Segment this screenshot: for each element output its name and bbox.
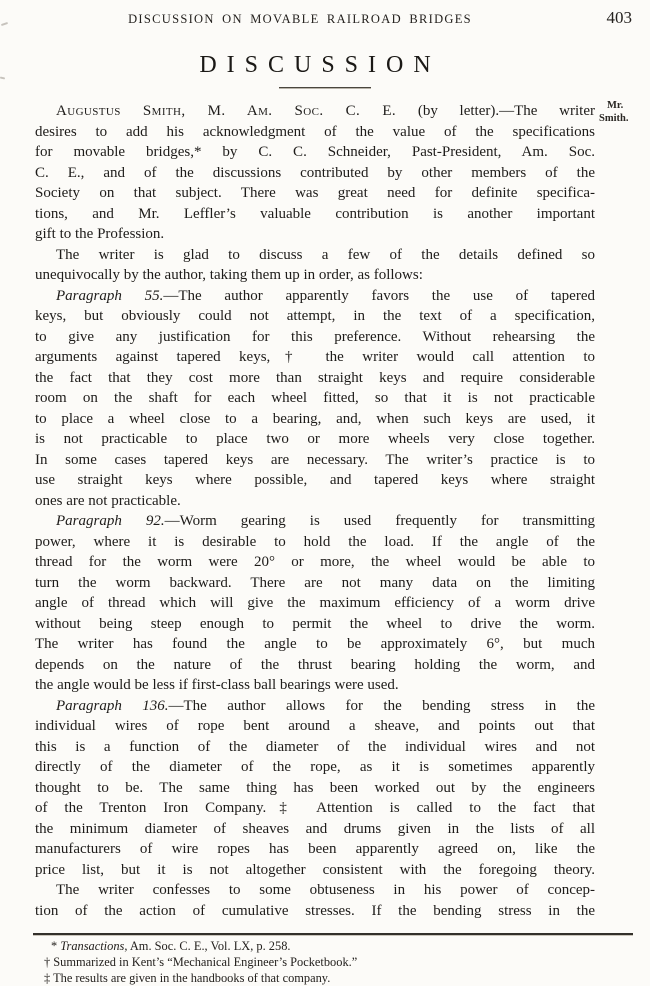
text-segment: power, where it is desirable to hold the… [35, 534, 595, 550]
margin-note-line: Mr. [599, 99, 649, 112]
paragraph: The writer confesses to some obtuseness … [35, 880, 595, 921]
text-segment: desires to add his acknowledgment of the… [35, 124, 595, 140]
text-line: for movable bridges,* by C. C. Schneider… [35, 142, 595, 163]
text-segment: the fact that they cost more than straig… [35, 370, 595, 386]
text-segment: thread for the worm were 20° or more, th… [35, 554, 595, 570]
paragraph: Paragraph 136.—The author allows for the… [35, 696, 595, 881]
text-line: gift to the Profession. [35, 224, 595, 245]
text-line: to place a wheel close to a bearing, and… [35, 409, 595, 430]
text-segment: keys, but obviously could not attempt, i… [35, 308, 595, 324]
scan-artifact [1, 22, 8, 26]
text-segment: without being steep enough to permit the… [35, 616, 595, 632]
paragraph: Paragraph 92.—Worm gearing is used frequ… [35, 511, 595, 696]
text-segment: to place a wheel close to a bearing, and… [35, 411, 595, 427]
text-segment: room on the shaft for each wheel fitted,… [35, 390, 595, 406]
text-segment: depends on the nature of the thrust bear… [35, 657, 595, 673]
running-head: DISCUSSION ON MOVABLE RAILROAD BRIDGES [35, 12, 565, 27]
text-line: Paragraph 55.—The author apparently favo… [35, 286, 595, 307]
text-line: The writer is glad to discuss a few of t… [35, 245, 595, 266]
text-segment: —The author allows for the bending stres… [169, 698, 596, 714]
text-line: thread for the worm were 20° or more, th… [35, 552, 595, 573]
text-line: keys, but obviously could not attempt, i… [35, 306, 595, 327]
section-title: DISCUSSION [35, 52, 595, 79]
text-line: The writer confesses to some obtuseness … [35, 880, 595, 901]
footnote-divider [33, 933, 633, 936]
text-line: price list, but it is not altogether con… [35, 860, 595, 881]
text-segment: The writer has found the angle to be app… [35, 636, 595, 652]
text-segment: for movable bridges,* by C. C. Schneider… [35, 144, 595, 160]
text-line: manufacturers of wire ropes has been app… [35, 839, 595, 860]
footnote-line: * Transactions, Am. Soc. C. E., Vol. LX,… [44, 939, 614, 955]
body-text: Augustus Smith, M. Am. Soc. C. E. (by le… [35, 101, 595, 921]
text-segment: The writer is glad to discuss a few of t… [56, 247, 595, 263]
text-line: In some cases tapered keys are necessary… [35, 450, 595, 471]
footnote-line: † Summarized in Kent’s “Mechanical Engin… [44, 955, 614, 971]
text-segment: Paragraph 136. [56, 698, 169, 714]
text-segment: this is a function of the diameter of th… [35, 739, 595, 755]
text-segment: of the Trenton Iron Company.‡ Attention … [35, 800, 595, 816]
text-segment: In some cases tapered keys are necessary… [35, 452, 595, 468]
text-segment: the angle would be less if first-class b… [35, 677, 399, 693]
text-line: tion of the action of cumulative stresse… [35, 901, 595, 922]
scan-artifact [0, 77, 5, 80]
text-segment: tions, and Mr. Leffler’s valuable contri… [35, 206, 595, 222]
text-segment: The writer confesses to some obtuseness … [56, 882, 595, 898]
text-segment: tion of the action of cumulative stresse… [35, 903, 595, 919]
text-line: Paragraph 136.—The author allows for the… [35, 696, 595, 717]
text-line: without being steep enough to permit the… [35, 614, 595, 635]
text-line: power, where it is desirable to hold the… [35, 532, 595, 553]
text-segment: † Summarized in Kent’s “Mechanical Engin… [44, 955, 357, 969]
text-segment: Transactions [60, 939, 124, 953]
text-line: unequivocally by the author, taking them… [35, 265, 595, 286]
text-segment: thought to be. The same thing has been w… [35, 780, 595, 796]
footnote-line: ‡ The results are given in the handbooks… [44, 971, 614, 986]
text-segment: ones are not practicable. [35, 493, 181, 509]
text-segment: turn the worm backward. There are not ma… [35, 575, 595, 591]
text-line: C. E., and of the discussions contribute… [35, 163, 595, 184]
text-segment: angle of thread which will give the maxi… [35, 595, 595, 611]
text-line: room on the shaft for each wheel fitted,… [35, 388, 595, 409]
text-line: Paragraph 92.—Worm gearing is used frequ… [35, 511, 595, 532]
text-line: of the Trenton Iron Company.‡ Attention … [35, 798, 595, 819]
text-segment: directly of the diameter of the rope, as… [35, 759, 595, 775]
text-line: ones are not practicable. [35, 491, 595, 512]
text-segment: unequivocally by the author, taking them… [35, 267, 423, 283]
text-segment: to give any justification for this prefe… [35, 329, 595, 345]
text-segment: use straight keys where possible, and ta… [35, 472, 595, 488]
text-line: turn the worm backward. There are not ma… [35, 573, 595, 594]
text-segment: the minimum diameter of sheaves and drum… [35, 821, 595, 837]
text-line: directly of the diameter of the rope, as… [35, 757, 595, 778]
text-line: the minimum diameter of sheaves and drum… [35, 819, 595, 840]
text-segment: C. E., and of the discussions contribute… [35, 165, 595, 181]
paragraph: Augustus Smith, M. Am. Soc. C. E. (by le… [35, 101, 595, 245]
text-segment: (by letter).—The writer [396, 103, 595, 119]
text-line: this is a function of the diameter of th… [35, 737, 595, 758]
text-line: tions, and Mr. Leffler’s valuable contri… [35, 204, 595, 225]
margin-note-line: Smith. [599, 112, 649, 125]
text-line: the fact that they cost more than straig… [35, 368, 595, 389]
text-line: individual wires of rope bent around a s… [35, 716, 595, 737]
text-line: use straight keys where possible, and ta… [35, 470, 595, 491]
text-segment: Paragraph 92. [56, 513, 165, 529]
text-segment: Augustus Smith, M. Am. Soc. C. E. [56, 103, 396, 119]
text-segment: is not practicable to place two or more … [35, 431, 595, 447]
text-segment: * [51, 939, 60, 953]
text-line: desires to add his acknowledgment of the… [35, 122, 595, 143]
footnotes: * Transactions, Am. Soc. C. E., Vol. LX,… [44, 939, 614, 986]
text-line: the angle would be less if first-class b… [35, 675, 595, 696]
text-segment: ‡ The results are given in the handbooks… [44, 971, 330, 985]
text-segment: —The author apparently favors the use of… [163, 288, 595, 304]
text-segment: , Am. Soc. C. E., Vol. LX, p. 258. [124, 939, 290, 953]
text-line: Augustus Smith, M. Am. Soc. C. E. (by le… [35, 101, 595, 122]
text-line: to give any justification for this prefe… [35, 327, 595, 348]
text-segment: Society on that subject. There was great… [35, 185, 595, 201]
paragraph: The writer is glad to discuss a few of t… [35, 245, 595, 286]
text-line: thought to be. The same thing has been w… [35, 778, 595, 799]
text-line: arguments against tapered keys,† the wri… [35, 347, 595, 368]
paragraph: Paragraph 55.—The author apparently favo… [35, 286, 595, 512]
title-divider [279, 87, 371, 89]
text-line: is not practicable to place two or more … [35, 429, 595, 450]
text-segment: individual wires of rope bent around a s… [35, 718, 595, 734]
scanned-book-page: DISCUSSION ON MOVABLE RAILROAD BRIDGES 4… [0, 0, 650, 986]
text-segment: gift to the Profession. [35, 226, 164, 242]
text-line: The writer has found the angle to be app… [35, 634, 595, 655]
text-line: Society on that subject. There was great… [35, 183, 595, 204]
text-segment: manufacturers of wire ropes has been app… [35, 841, 595, 857]
text-line: depends on the nature of the thrust bear… [35, 655, 595, 676]
margin-note-speaker: Mr. Smith. [599, 99, 649, 125]
text-segment: price list, but it is not altogether con… [35, 862, 595, 878]
text-segment: —Worm gearing is used frequently for tra… [165, 513, 595, 529]
text-segment: arguments against tapered keys,† the wri… [35, 349, 595, 365]
text-line: angle of thread which will give the maxi… [35, 593, 595, 614]
text-segment: Paragraph 55. [56, 288, 163, 304]
page-number: 403 [607, 8, 633, 28]
